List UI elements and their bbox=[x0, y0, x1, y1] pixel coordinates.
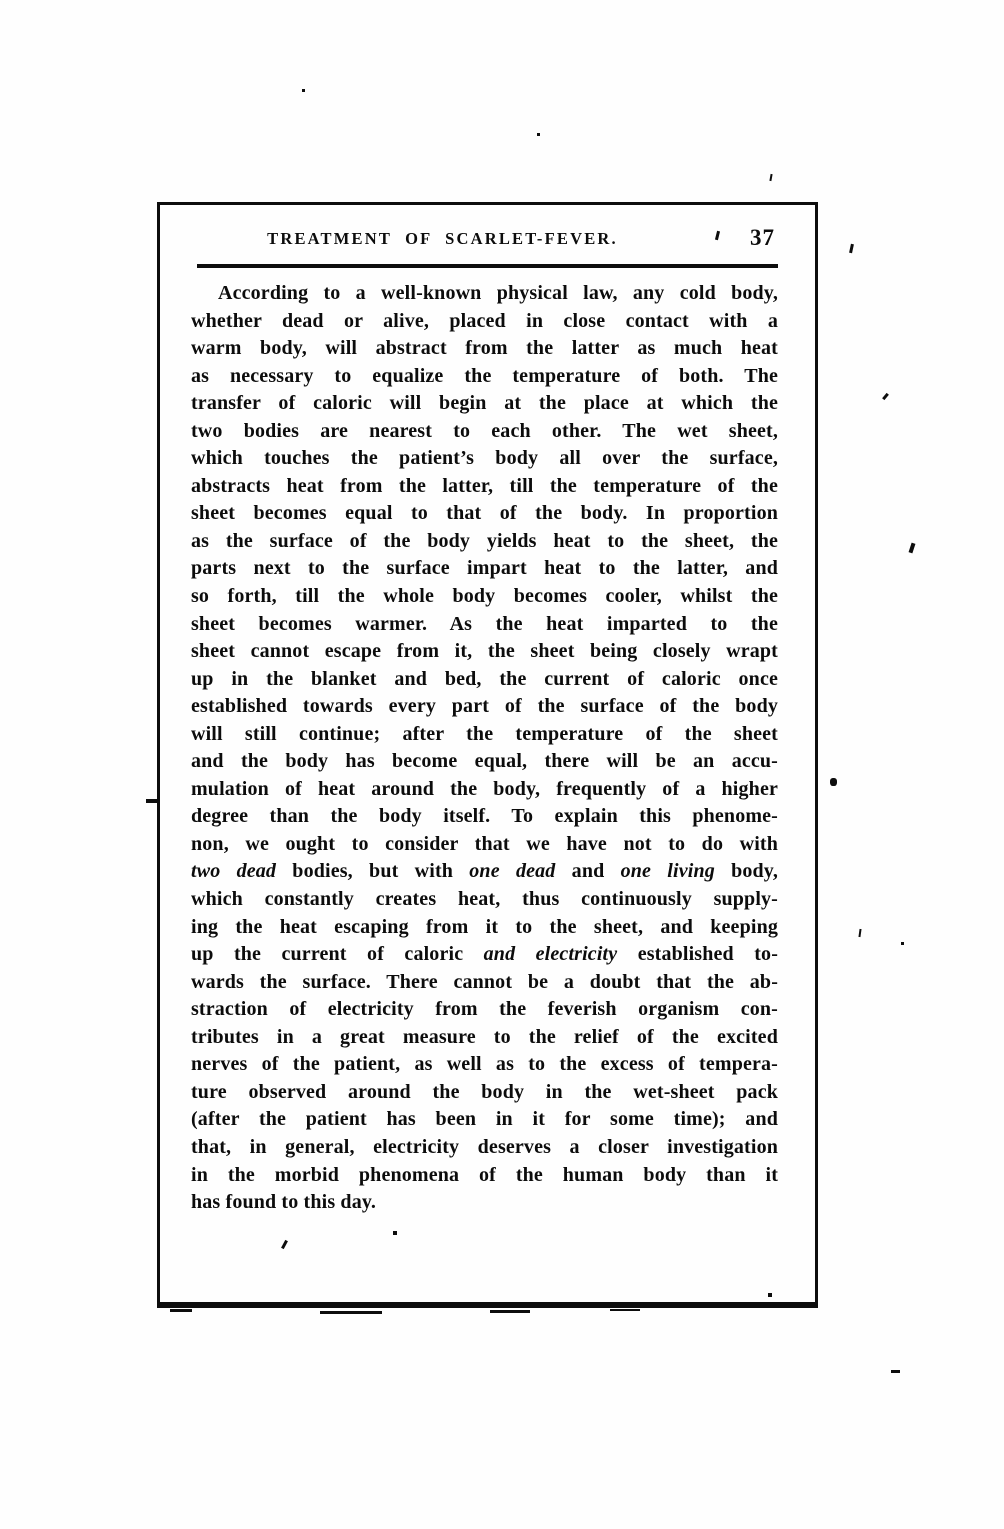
ink-speck bbox=[146, 799, 159, 803]
text-segment: whether dead or alive, placed in close c… bbox=[191, 310, 778, 332]
ink-speck bbox=[537, 133, 540, 136]
text-line: will still continue; after the temperatu… bbox=[191, 721, 778, 749]
text-line: and the body has become equal, there wil… bbox=[191, 748, 778, 776]
italic-text: one living bbox=[621, 860, 715, 882]
text-segment: parts next to the surface impart heat to… bbox=[191, 557, 778, 579]
text-line: established towards every part of the su… bbox=[191, 693, 778, 721]
text-line: which constantly creates heat, thus cont… bbox=[191, 886, 778, 914]
text-line: two bodies are nearest to each other. Th… bbox=[191, 418, 778, 446]
text-segment: transfer of caloric will begin at the pl… bbox=[191, 392, 778, 414]
text-line: non, we ought to consider that we have n… bbox=[191, 831, 778, 859]
text-line: two dead bodies, but with one dead and o… bbox=[191, 858, 778, 886]
text-line: abstracts heat from the latter, till the… bbox=[191, 473, 778, 501]
ink-speck bbox=[891, 1370, 900, 1373]
italic-text: two dead bbox=[191, 860, 276, 882]
text-line: in the morbid phenomena of the human bod… bbox=[191, 1162, 778, 1190]
ink-speck bbox=[170, 1309, 192, 1312]
page-title: TREATMENT OF SCARLET-FEVER. bbox=[160, 229, 725, 249]
text-line: ture observed around the body in the wet… bbox=[191, 1079, 778, 1107]
ink-speck bbox=[768, 1293, 772, 1297]
text-segment: sheet becomes equal to that of the body.… bbox=[191, 502, 778, 524]
ink-speck bbox=[849, 244, 854, 253]
text-segment: non, we ought to consider that we have n… bbox=[191, 833, 778, 855]
page-number: 37 bbox=[750, 225, 775, 251]
text-segment: nerves of the patient, as well as to the… bbox=[191, 1053, 778, 1075]
text-segment: tributes in a great measure to the relie… bbox=[191, 1026, 778, 1048]
text-segment: (after the patient has been in it for so… bbox=[191, 1108, 778, 1130]
text-segment: ing the heat escaping from it to the she… bbox=[191, 916, 778, 938]
text-line: sheet cannot escape from it, the sheet b… bbox=[191, 638, 778, 666]
italic-text: and electricity bbox=[484, 943, 618, 965]
text-segment: degree than the body itself. To explain … bbox=[191, 805, 778, 827]
ink-speck bbox=[909, 543, 916, 554]
ink-speck bbox=[490, 1310, 530, 1313]
text-segment: sheet becomes warmer. As the heat impart… bbox=[191, 613, 778, 635]
ink-speck bbox=[901, 942, 904, 945]
text-segment: that, in general, electricity deserves a… bbox=[191, 1136, 778, 1158]
text-segment: which constantly creates heat, thus cont… bbox=[191, 888, 778, 910]
italic-text: one dead bbox=[469, 860, 555, 882]
ink-speck bbox=[769, 174, 772, 181]
text-line: so forth, till the whole body becomes co… bbox=[191, 583, 778, 611]
text-segment: and the body has become equal, there wil… bbox=[191, 750, 778, 772]
text-line: straction of electricity from the feveri… bbox=[191, 996, 778, 1024]
ink-speck bbox=[610, 1309, 640, 1311]
text-line: parts next to the surface impart heat to… bbox=[191, 555, 778, 583]
text-segment: sheet cannot escape from it, the sheet b… bbox=[191, 640, 778, 662]
paragraph: According to a well-known physical law, … bbox=[191, 280, 778, 1217]
text-segment: as the surface of the body yields heat t… bbox=[191, 530, 778, 552]
header-rule bbox=[197, 264, 778, 268]
text-segment: as necessary to equalize the temperature… bbox=[191, 365, 778, 387]
ink-speck bbox=[830, 778, 837, 786]
text-line: tributes in a great measure to the relie… bbox=[191, 1024, 778, 1052]
text-segment: so forth, till the whole body becomes co… bbox=[191, 585, 778, 607]
text-segment: body, bbox=[715, 860, 778, 882]
text-segment: two bodies are nearest to each other. Th… bbox=[191, 420, 778, 442]
text-segment: has found to this day. bbox=[191, 1191, 376, 1213]
text-line: has found to this day. bbox=[191, 1189, 778, 1217]
text-segment: and bbox=[555, 860, 620, 882]
ink-speck bbox=[393, 1231, 397, 1235]
text-line: that, in general, electricity deserves a… bbox=[191, 1134, 778, 1162]
text-line: warm body, will abstract from the latter… bbox=[191, 335, 778, 363]
text-line: ing the heat escaping from it to the she… bbox=[191, 914, 778, 942]
ink-speck bbox=[858, 929, 861, 937]
text-line: degree than the body itself. To explain … bbox=[191, 803, 778, 831]
ink-speck bbox=[320, 1311, 382, 1314]
text-segment: in the morbid phenomena of the human bod… bbox=[191, 1164, 778, 1186]
text-segment: ture observed around the body in the wet… bbox=[191, 1081, 778, 1103]
text-segment: warm body, will abstract from the latter… bbox=[191, 337, 778, 359]
text-segment: bodies, but with bbox=[276, 860, 469, 882]
text-segment: established to- bbox=[617, 943, 778, 965]
text-line: as the surface of the body yields heat t… bbox=[191, 528, 778, 556]
text-segment: up the current of caloric bbox=[191, 943, 484, 965]
ink-speck bbox=[302, 89, 305, 92]
text-segment: will still continue; after the temperatu… bbox=[191, 723, 778, 745]
text-line: up the current of caloric and electricit… bbox=[191, 941, 778, 969]
text-line: nerves of the patient, as well as to the… bbox=[191, 1051, 778, 1079]
page-border-box: TREATMENT OF SCARLET-FEVER. 37 According… bbox=[157, 202, 818, 1308]
text-segment: which touches the patient’s body all ove… bbox=[191, 447, 778, 469]
scanned-book-page: TREATMENT OF SCARLET-FEVER. 37 According… bbox=[0, 0, 1004, 1529]
text-line: mulation of heat around the body, freque… bbox=[191, 776, 778, 804]
ink-speck bbox=[882, 393, 889, 400]
text-line: as necessary to equalize the temperature… bbox=[191, 363, 778, 391]
text-line: According to a well-known physical law, … bbox=[191, 280, 778, 308]
text-segment: established towards every part of the su… bbox=[191, 695, 778, 717]
text-line: sheet becomes warmer. As the heat impart… bbox=[191, 611, 778, 639]
text-line: up in the blanket and bed, the current o… bbox=[191, 666, 778, 694]
text-line: (after the patient has been in it for so… bbox=[191, 1106, 778, 1134]
text-line: which touches the patient’s body all ove… bbox=[191, 445, 778, 473]
text-segment: up in the blanket and bed, the current o… bbox=[191, 668, 778, 690]
text-segment: mulation of heat around the body, freque… bbox=[191, 778, 778, 800]
text-line: sheet becomes equal to that of the body.… bbox=[191, 500, 778, 528]
text-segment: abstracts heat from the latter, till the… bbox=[191, 475, 778, 497]
text-line: whether dead or alive, placed in close c… bbox=[191, 308, 778, 336]
text-line: wards the surface. There cannot be a dou… bbox=[191, 969, 778, 997]
text-segment: wards the surface. There cannot be a dou… bbox=[191, 971, 778, 993]
text-line: transfer of caloric will begin at the pl… bbox=[191, 390, 778, 418]
text-segment: straction of electricity from the feveri… bbox=[191, 998, 778, 1020]
text-segment: According to a well-known physical law, … bbox=[218, 282, 778, 304]
